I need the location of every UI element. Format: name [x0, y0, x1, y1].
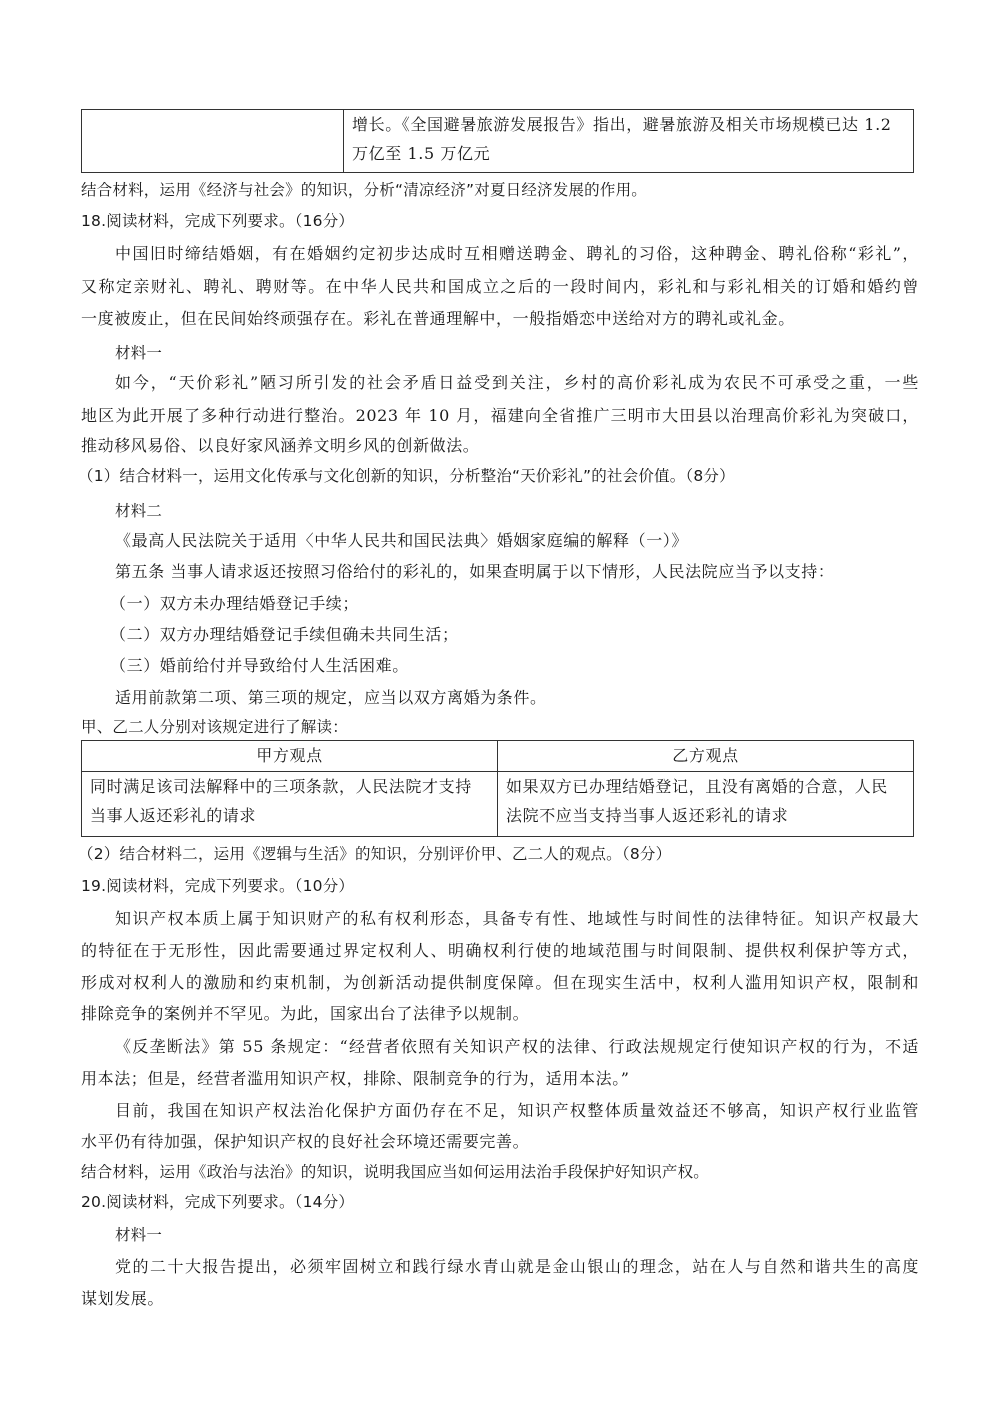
q18-article-item: （三）婚前给付并导致给付人生活困难。: [110, 655, 914, 677]
q18-intro-line: 中国旧时缔结婚姻，有在婚姻约定初步达成时互相赠送聘金、聘礼的习俗，这种聘金、聘礼…: [115, 243, 919, 265]
tourism-table: 增长。《全国避暑旅游发展报告》指出，避暑旅游及相关市场规模已达 1.2 万亿至 …: [81, 109, 914, 173]
views-table-cell-jia: 同时满足该司法解释中的三项条款，人民法院才支持 当事人返还彩礼的请求: [82, 772, 498, 837]
q18-material1-line: 如今，“天价彩礼”陋习所引发的社会矛盾日益受到关注，乡村的高价彩礼成为农民不可承…: [115, 372, 919, 394]
tourism-table-left-cell: [82, 110, 344, 173]
q19-para1-line: 知识产权本质上属于知识财产的私有权利形态，具备专有性、地域性与时间性的法律特征。…: [115, 908, 919, 930]
q19-para3-line: 目前，我国在知识产权法治化保护方面仍存在不足，知识产权整体质量效益还不够高，知识…: [115, 1100, 919, 1122]
views-table-cell-yi: 如果双方已办理结婚登记，且没有离婚的合意，人民 法院不应当支持当事人返还彩礼的请…: [498, 772, 914, 837]
views-table-header-jia: 甲方观点: [82, 741, 498, 772]
q18-article-5: 第五条 当事人请求返还按照习俗给付的彩礼的，如果查明属于以下情形，人民法院应当予…: [115, 561, 919, 583]
table-cell-line: 法院不应当支持当事人返还彩礼的请求: [506, 803, 905, 832]
q19-para1-line: 的特征在于无形性，因此需要通过界定权利人、明确权利行使的地域范围与时间限制、提供…: [81, 940, 919, 962]
table-cell-line: 如果双方已办理结婚登记，且没有离婚的合意，人民: [506, 774, 905, 803]
q18-material1-line: 推动移风易俗、以良好家风涵养文明乡风的创新做法。: [81, 435, 919, 457]
q18-sub2-prompt: （2）结合材料二，运用《逻辑与生活》的知识，分别评价甲、乙二人的观点。（8分）: [78, 843, 916, 865]
table-cell-line: 当事人返还彩礼的请求: [90, 803, 489, 832]
q19-para2-line: 《反垄断法》第 55 条规定：“经营者依照有关知识产权的法律、行政法规规定行使知…: [115, 1036, 919, 1058]
q20-material1-label: 材料一: [115, 1224, 919, 1246]
table-cell-line: 同时满足该司法解释中的三项条款，人民法院才支持: [90, 774, 489, 803]
q19-para1-line: 形成对权利人的激励和约束机制，为创新活动提供制度保障。但在现实生活中，权利人滥用…: [81, 972, 919, 994]
q18-material1-label: 材料一: [115, 342, 919, 364]
table-cell-line: 增长。《全国避暑旅游发展报告》指出，避暑旅游及相关市场规模已达 1.2: [352, 112, 905, 141]
views-table: 甲方观点 乙方观点 同时满足该司法解释中的三项条款，人民法院才支持 当事人返还彩…: [81, 740, 914, 837]
q19-heading: 19.阅读材料，完成下列要求。（10分）: [81, 875, 919, 897]
q19-para3-line: 水平仍有待加强，保护知识产权的良好社会环境还需要完善。: [81, 1131, 919, 1153]
tourism-table-right-cell: 增长。《全国避暑旅游发展报告》指出，避暑旅游及相关市场规模已达 1.2 万亿至 …: [344, 110, 914, 173]
q18-intro-line: 一度被废止，但在民间始终顽强存在。彩礼在普通理解中，一般指婚恋中送给对方的聘礼或…: [81, 308, 919, 330]
views-table-header-yi: 乙方观点: [498, 741, 914, 772]
q18-sub1-prompt: （1）结合材料一，运用文化传承与文化创新的知识，分析整治“天价彩礼”的社会价值。…: [78, 465, 916, 487]
q18-article-clause: 适用前款第二项、第三项的规定，应当以双方离婚为条件。: [115, 687, 919, 709]
q17-prompt: 结合材料，运用《经济与社会》的知识，分析“清凉经济”对夏日经济发展的作用。: [81, 179, 919, 201]
q18-intro-line: 又称定亲财礼、聘礼、聘财等。在中华人民共和国成立之后的一段时间内，彩礼和与彩礼相…: [81, 276, 919, 298]
q19-para1-line: 排除竞争的案例并不罕见。为此，国家出台了法律予以规制。: [81, 1003, 919, 1025]
table-cell-line: 万亿至 1.5 万亿元: [352, 141, 905, 170]
q18-article-item: （二）双方办理结婚登记手续但确未共同生活；: [110, 624, 914, 646]
q18-article-item: （一）双方未办理结婚登记手续；: [110, 593, 914, 615]
q20-material1-line: 党的二十大报告提出，必须牢固树立和践行绿水青山就是金山银山的理念，站在人与自然和…: [115, 1256, 919, 1278]
q20-heading: 20.阅读材料，完成下列要求。（14分）: [81, 1191, 919, 1213]
q19-prompt: 结合材料，运用《政治与法治》的知识，说明我国应当如何运用法治手段保护好知识产权。: [81, 1161, 919, 1183]
q18-material2-label: 材料二: [115, 500, 919, 522]
q19-para2-line: 用本法；但是，经营者滥用知识产权，排除、限制竞争的行为，适用本法。”: [81, 1068, 919, 1090]
q18-material1-line: 地区为此开展了多种行动进行整治。2023 年 10 月，福建向全省推广三明市大田…: [81, 405, 919, 427]
q20-material1-line: 谋划发展。: [81, 1288, 919, 1310]
q18-views-lead: 甲、乙二人分别对该规定进行了解读：: [81, 716, 919, 738]
exam-page: 增长。《全国避暑旅游发展报告》指出，避暑旅游及相关市场规模已达 1.2 万亿至 …: [0, 0, 1000, 1414]
q18-material2-title: 《最高人民法院关于适用〈中华人民共和国民法典〉婚姻家庭编的解释（一）》: [115, 530, 919, 552]
q18-heading: 18.阅读材料，完成下列要求。（16分）: [81, 210, 919, 232]
